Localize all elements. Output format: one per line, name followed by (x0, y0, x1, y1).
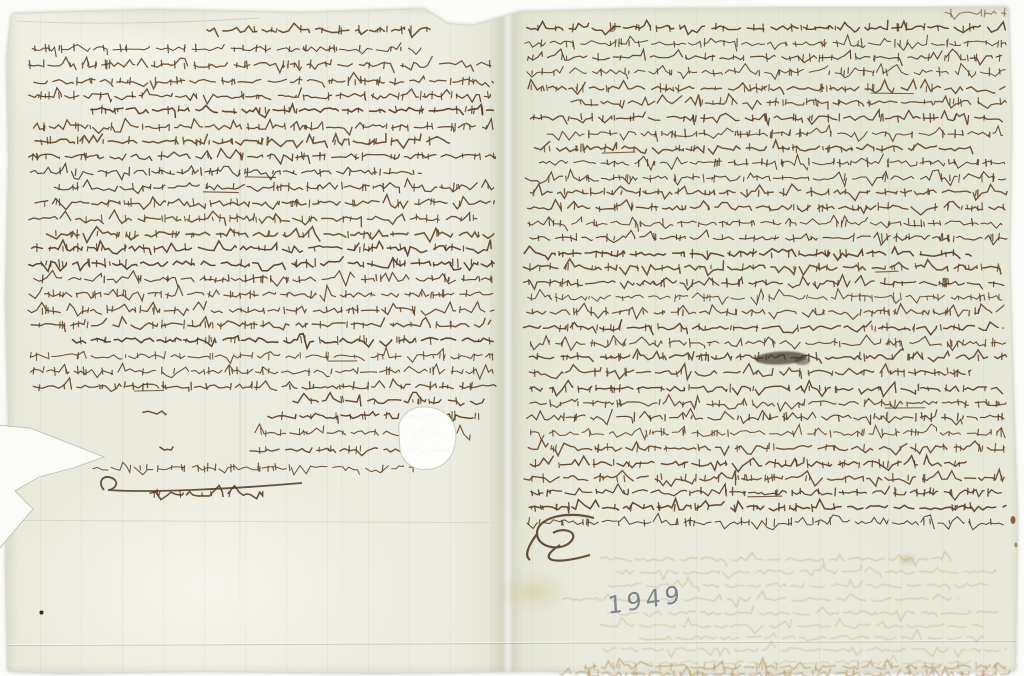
paper-edge-shading (0, 0, 1024, 676)
letter-sheet-wrap (0, 0, 1024, 676)
letter-sheet (0, 0, 1024, 676)
scan-background: 1949 (0, 0, 1024, 676)
